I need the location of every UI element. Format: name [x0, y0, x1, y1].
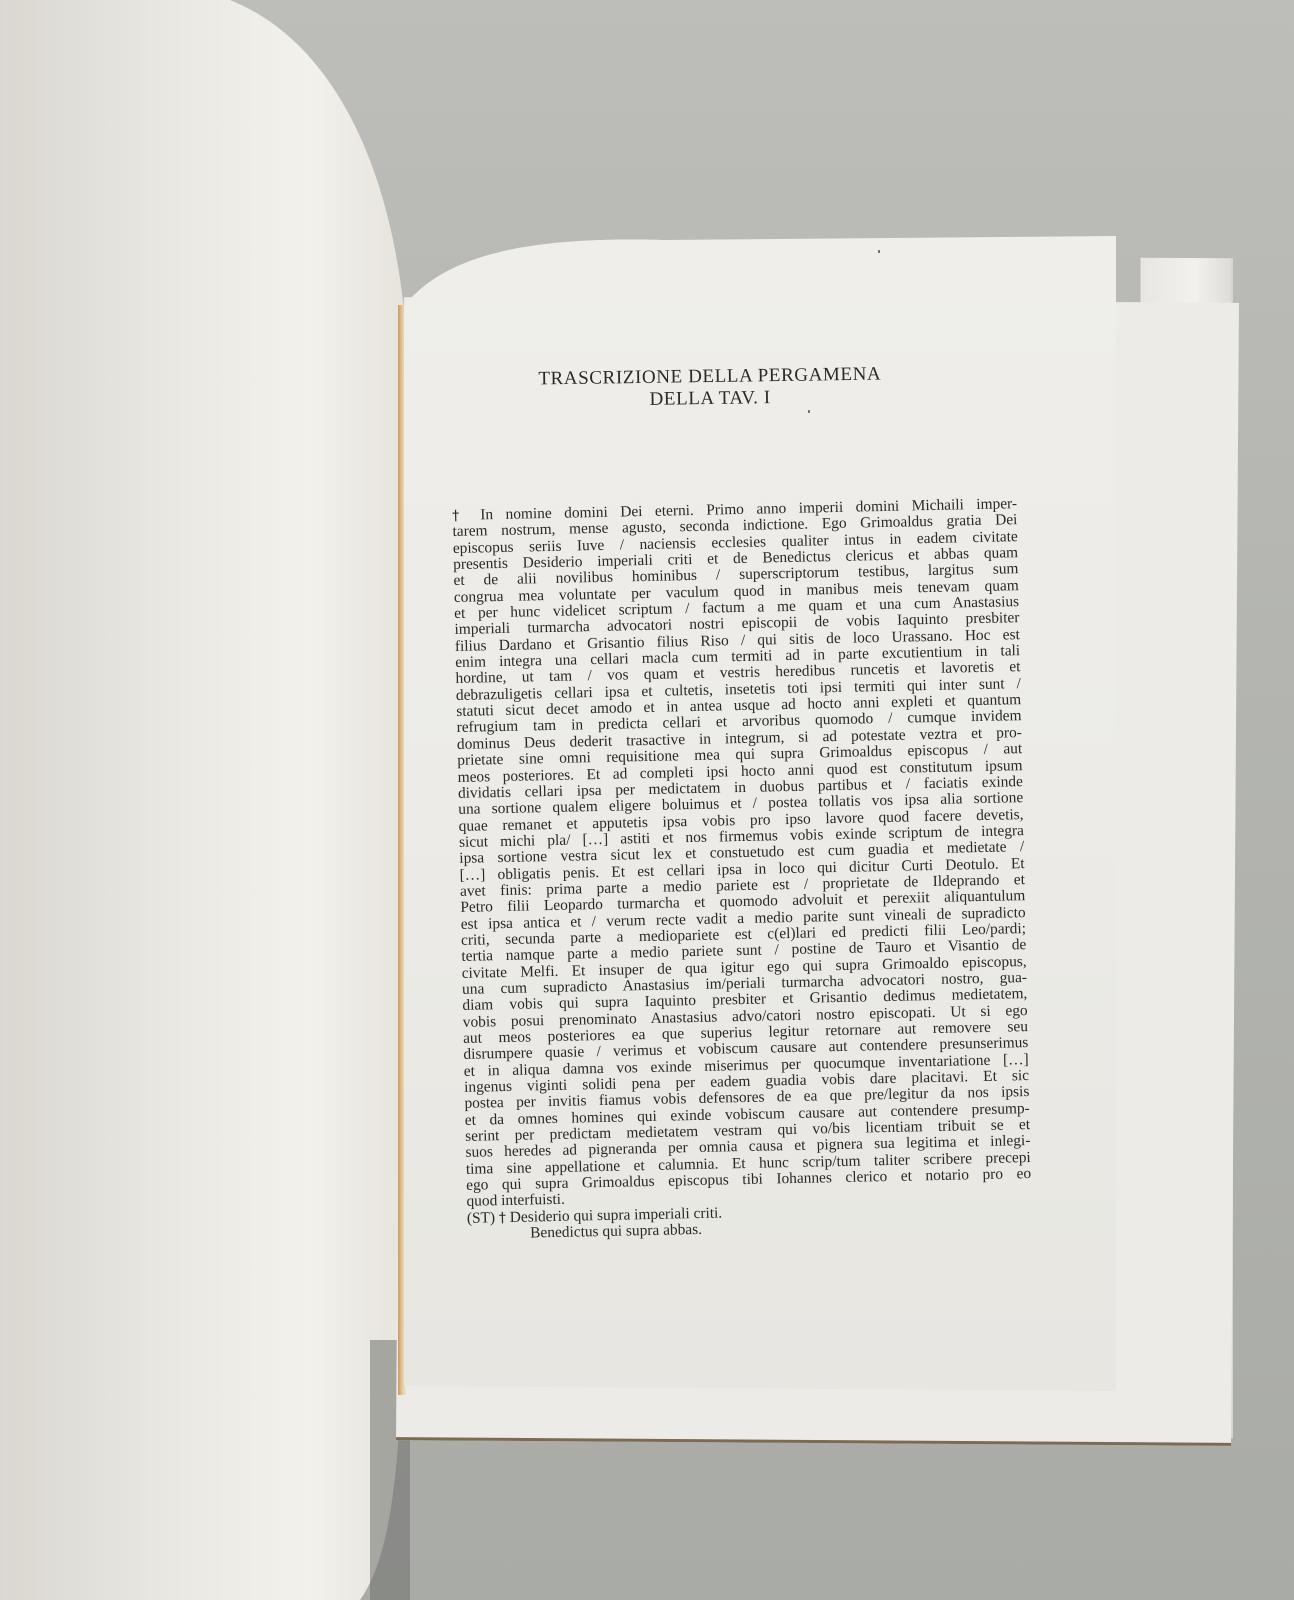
cross-icon: †	[499, 1210, 506, 1226]
page-title: TRASCRIZIONE DELLA PERGAMENA DELLA TAV. …	[520, 363, 901, 412]
st-label: (ST)	[467, 1209, 496, 1227]
transcription-body: † In nomine domini Dei eterni. Primo ann…	[452, 496, 1032, 1243]
left-page-curl	[0, 0, 410, 1600]
paper-speck	[878, 250, 880, 253]
cross-icon: †	[452, 508, 468, 524]
paper-speck	[808, 410, 810, 413]
